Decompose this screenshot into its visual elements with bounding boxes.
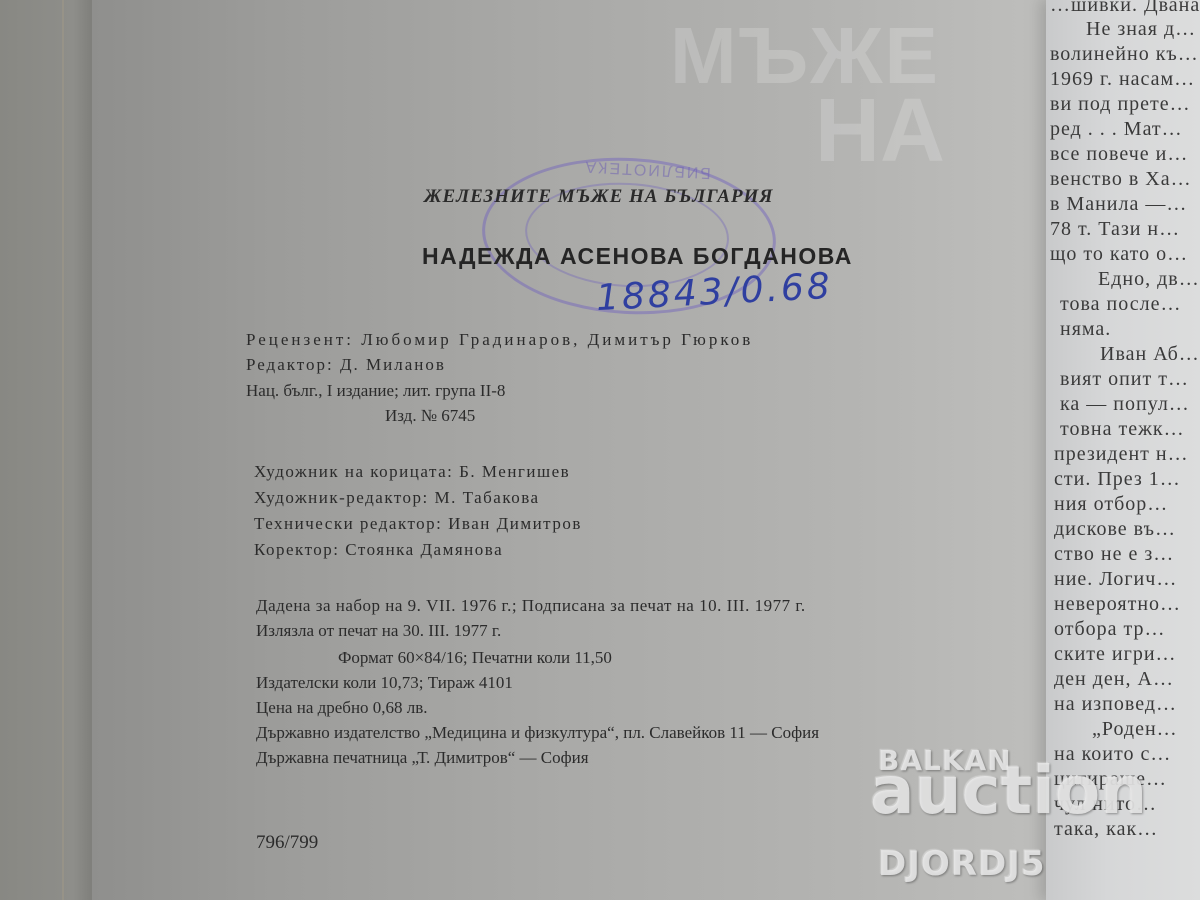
- series-title: ЖЕЛЕЗНИТЕ МЪЖЕ НА БЪЛГАРИЯ: [424, 186, 773, 208]
- facing-text-line: президент н…: [1054, 443, 1189, 466]
- facing-text-line: ния отбор…: [1054, 493, 1168, 516]
- facing-text-line: ските игри…: [1054, 643, 1177, 666]
- facing-text-line: ние. Логич…: [1054, 568, 1177, 591]
- facing-text-line: това после…: [1060, 293, 1181, 316]
- editor-line: Редактор: Д. Миланов: [246, 355, 446, 375]
- printed-date-line: Излязла от печат на 30. III. 1977 г.: [256, 621, 501, 641]
- classification-line: Нац. бълг., I издание; лит. група II-8: [246, 381, 505, 401]
- left-book-edge: [0, 0, 92, 900]
- typesetting-dates-line: Дадена за набор на 9. VII. 1976 г.; Подп…: [256, 596, 806, 616]
- facing-text-line: ви под прете…: [1050, 93, 1191, 116]
- facing-text-line: Иван Аб…: [1100, 343, 1200, 366]
- facing-text-line: ство не е з…: [1054, 543, 1174, 566]
- facing-text-line: сти. През 1…: [1054, 468, 1181, 491]
- technical-editor-line: Технически редактор: Иван Димитров: [254, 514, 582, 534]
- page-fold-line: [62, 0, 64, 900]
- watermark-brand-main: auction: [870, 752, 1147, 829]
- catalog-code: 796/799: [256, 832, 318, 854]
- facing-text-line: ден ден, А…: [1054, 668, 1174, 691]
- bleed-through-text: НА: [815, 80, 945, 183]
- author-name: НАДЕЖДА АСЕНОВА БОГДАНОВА: [422, 243, 853, 270]
- edition-number: Изд. № 6745: [385, 406, 475, 426]
- facing-text-line: ред . . . Мат…: [1050, 118, 1183, 141]
- facing-text-line: товна тежк…: [1060, 418, 1185, 441]
- facing-text-line: „Роден…: [1092, 718, 1178, 741]
- facing-text-line: ка — попул…: [1060, 393, 1190, 416]
- proofreader-line: Коректор: Стоянка Дамянова: [254, 540, 503, 560]
- publisher-line: Държавно издателство „Медицина и физкулт…: [256, 723, 819, 743]
- price-line: Цена на дребно 0,68 лв.: [256, 698, 428, 718]
- facing-text-line: 78 т. Тази н…: [1050, 218, 1180, 241]
- printer-line: Държавна печатница „Т. Димитров“ — София: [256, 748, 589, 768]
- facing-text-line: Не зная д…: [1086, 18, 1196, 41]
- facing-text-line: отбора тр…: [1054, 618, 1166, 641]
- facing-text-line: …шивки. Двана…: [1050, 0, 1200, 17]
- watermark-seller: DJORDJ5: [878, 844, 1046, 884]
- facing-text-line: все повече и…: [1050, 143, 1188, 166]
- facing-text-line: 1969 г. насам…: [1050, 68, 1195, 91]
- facing-text-line: що то като о…: [1050, 243, 1188, 266]
- facing-text-line: в Манила —…: [1050, 193, 1187, 216]
- art-editor-line: Художник-редактор: М. Табакова: [254, 488, 540, 508]
- format-line: Формат 60×84/16; Печатни коли 11,50: [338, 648, 612, 668]
- facing-text-line: венство в Ха…: [1050, 168, 1192, 191]
- cover-artist-line: Художник на корицата: Б. Менгишев: [254, 462, 570, 482]
- facing-text-line: дискове въ…: [1054, 518, 1176, 541]
- facing-text-line: вият опит т…: [1060, 368, 1189, 391]
- reviewer-line: Рецензент: Любомир Градинаров, Димитър Г…: [246, 330, 753, 350]
- facing-text-line: волинейно къ…: [1050, 43, 1199, 66]
- facing-text-line: невероятно…: [1054, 593, 1181, 616]
- facing-text-line: Едно, дв…: [1098, 268, 1200, 291]
- facing-text-line: няма.: [1060, 318, 1111, 341]
- facing-text-line: на изповед…: [1054, 693, 1177, 716]
- publisher-sheets-line: Издателски коли 10,73; Тираж 4101: [256, 673, 513, 693]
